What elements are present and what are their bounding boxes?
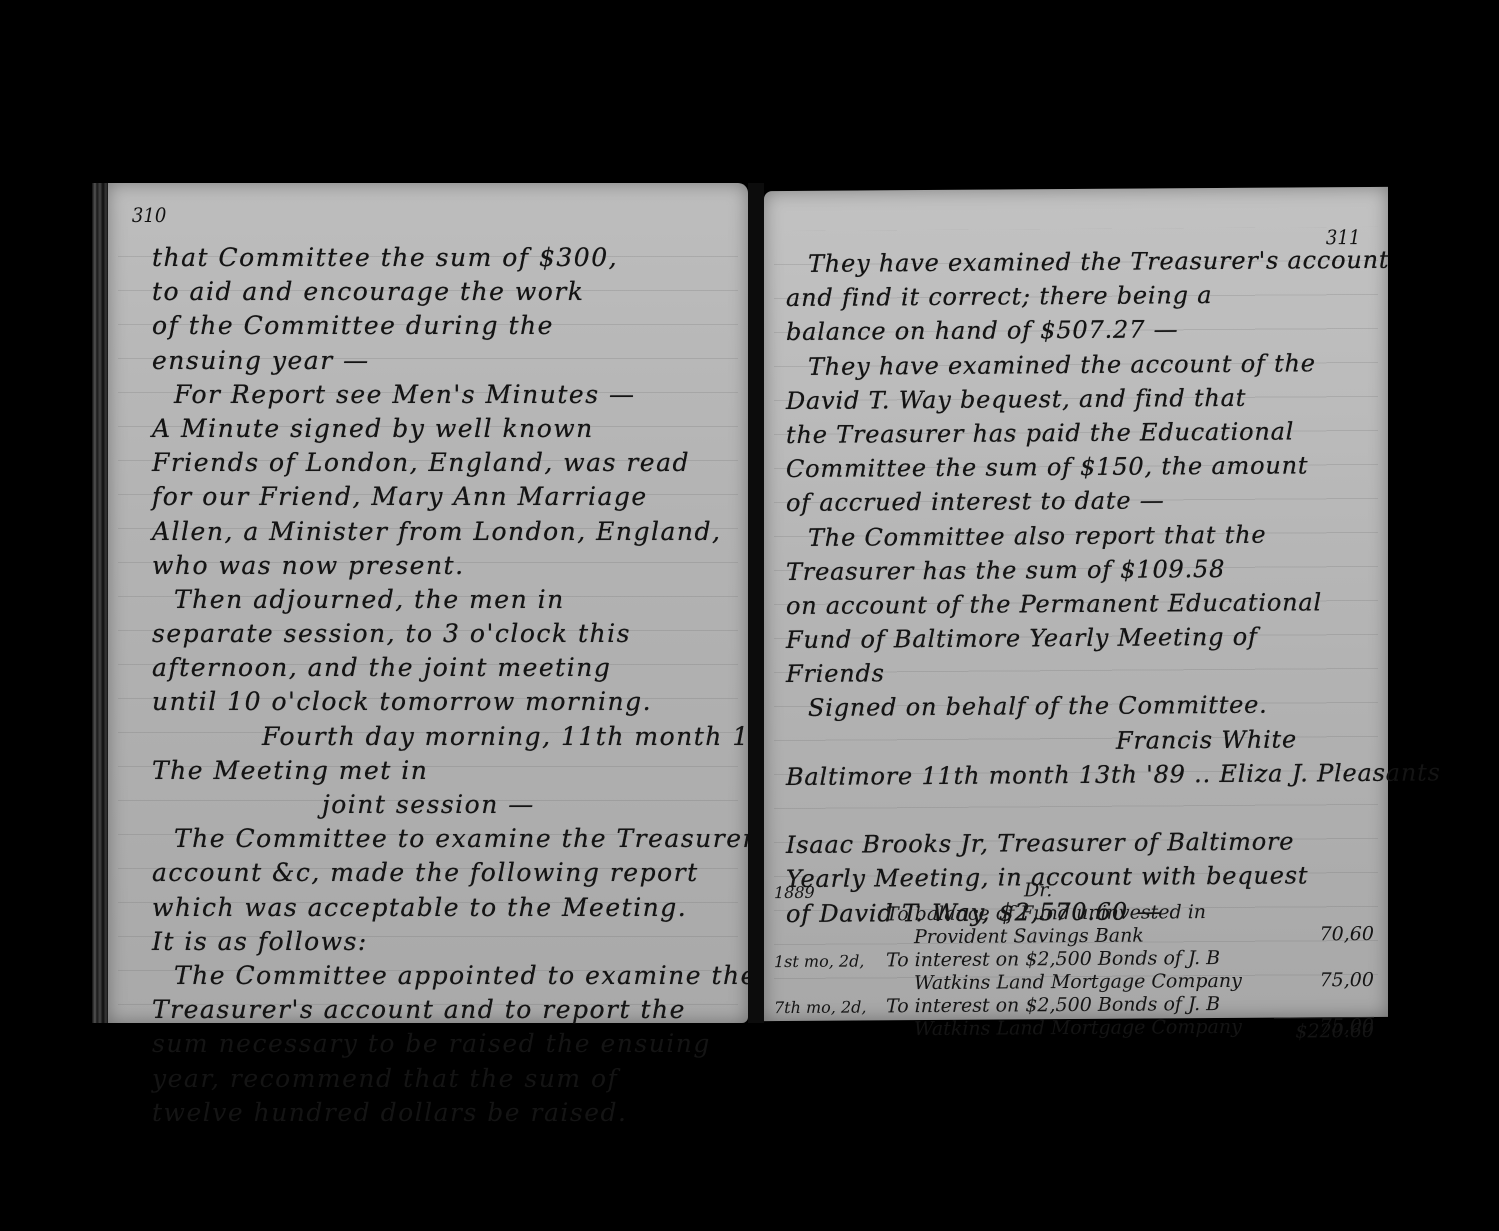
handwritten-line: of accrued interest to date — (786, 482, 1441, 521)
handwritten-line: Signed on behalf of the Committee. (786, 687, 1441, 726)
ledger-description: Watkins Land Mortgage Company (914, 1016, 1242, 1041)
handwritten-line: of the Committee during the (152, 309, 832, 343)
left-page: 310 that Committee the sum of $300,to ai… (108, 183, 748, 1023)
ledger-amount: 75,00 (1294, 969, 1374, 993)
handwritten-line: Francis White (786, 721, 1441, 760)
handwritten-line: The Committee appointed to examine the (152, 959, 832, 993)
ledger-description: To interest on $2,500 Bonds of J. B (886, 947, 1220, 972)
handwritten-line: Friends of London, England, was read (152, 446, 832, 480)
handwritten-line: which was acceptable to the Meeting. (152, 891, 832, 925)
ledger-amount: 70,60 (1294, 923, 1374, 947)
handwritten-line: They have examined the account of the (786, 345, 1441, 384)
handwritten-line: Friends (786, 653, 1441, 692)
handwritten-line: afternoon, and the joint meeting (152, 651, 832, 685)
handwritten-line: The Meeting met in (152, 754, 832, 788)
handwritten-line: balance on hand of $507.27 — (786, 311, 1441, 350)
handwritten-line: They have examined the Treasurer's accou… (786, 242, 1441, 281)
ledger-description: Provident Savings Bank (914, 925, 1144, 950)
handwritten-line: Treasurer has the sum of $109.58 (786, 550, 1441, 589)
handwritten-line: account &c, made the following report (152, 856, 832, 890)
handwritten-line: until 10 o'clock tomorrow morning. (152, 685, 832, 719)
handwritten-line: Fourth day morning, 11th month 13th — (152, 720, 832, 754)
handwritten-line: that Committee the sum of $300, (152, 241, 832, 275)
handwritten-line: joint session — (152, 788, 832, 822)
handwritten-line: who was now present. (152, 549, 832, 583)
handwritten-line: David T. Way bequest, and find that (786, 379, 1441, 418)
handwritten-line: sum necessary to be raised the ensuing (152, 1027, 832, 1061)
handwritten-line: on account of the Permanent Educational (786, 584, 1441, 623)
handwritten-line: Baltimore 11th month 13th '89 .. Eliza J… (786, 755, 1441, 794)
ledger-date: 1st mo, 2d, (774, 949, 884, 973)
book-spine-edge (92, 183, 108, 1023)
handwritten-line: Isaac Brooks Jr, Treasurer of Baltimore (786, 824, 1441, 863)
left-page-text: that Committee the sum of $300,to aid an… (152, 241, 832, 1130)
handwritten-line: ensuing year — (152, 344, 832, 378)
open-ledger-book: 310 that Committee the sum of $300,to ai… (92, 183, 1412, 1043)
handwritten-line: twelve hundred dollars be raised. (152, 1096, 832, 1130)
handwritten-line: Allen, a Minister from London, England, (152, 515, 832, 549)
handwritten-line: and find it correct; there being a (786, 277, 1441, 316)
ledger-description: To interest on $2,500 Bonds of J. B (886, 993, 1220, 1018)
account-ledger: 1889 Dr. To balance of Fund uninvested i… (774, 877, 1374, 1042)
handwritten-line: It is as follows: (152, 925, 832, 959)
handwritten-line: For Report see Men's Minutes — (152, 378, 832, 412)
handwritten-line: the Treasurer has paid the Educational (786, 413, 1441, 452)
ledger-date (774, 903, 884, 904)
handwritten-line (786, 789, 1441, 828)
handwritten-line: Treasurer's account and to report the (152, 993, 832, 1027)
handwritten-line: A Minute signed by well known (152, 412, 832, 446)
handwritten-line: year, recommend that the sum of (152, 1062, 832, 1096)
ledger-description: Watkins Land Mortgage Company (914, 970, 1242, 995)
book-gutter (748, 183, 764, 1023)
right-page-text: They have examined the Treasurer's accou… (786, 242, 1441, 930)
ledger-date: 7th mo, 2d, (774, 995, 884, 1019)
handwritten-line: to aid and encourage the work (152, 275, 832, 309)
handwritten-line: Then adjourned, the men in (152, 583, 832, 617)
handwritten-line: Fund of Baltimore Yearly Meeting of (786, 619, 1441, 658)
handwritten-line: The Committee also report that the (786, 516, 1441, 555)
handwritten-line: for our Friend, Mary Ann Marriage (152, 480, 832, 514)
handwritten-line: The Committee to examine the Treasurer's (152, 822, 832, 856)
handwritten-line: separate session, to 3 o'clock this (152, 617, 832, 651)
handwritten-line: Committee the sum of $150, the amount (786, 448, 1441, 487)
ledger-column-heading: Dr. (1024, 879, 1052, 902)
ledger-description: To balance of Fund uninvested in (886, 901, 1206, 926)
ledger-total: $220.60 (1274, 1017, 1374, 1043)
right-page: 311 They have examined the Treasurer's a… (764, 187, 1388, 1021)
page-number-left: 310 (132, 203, 166, 227)
